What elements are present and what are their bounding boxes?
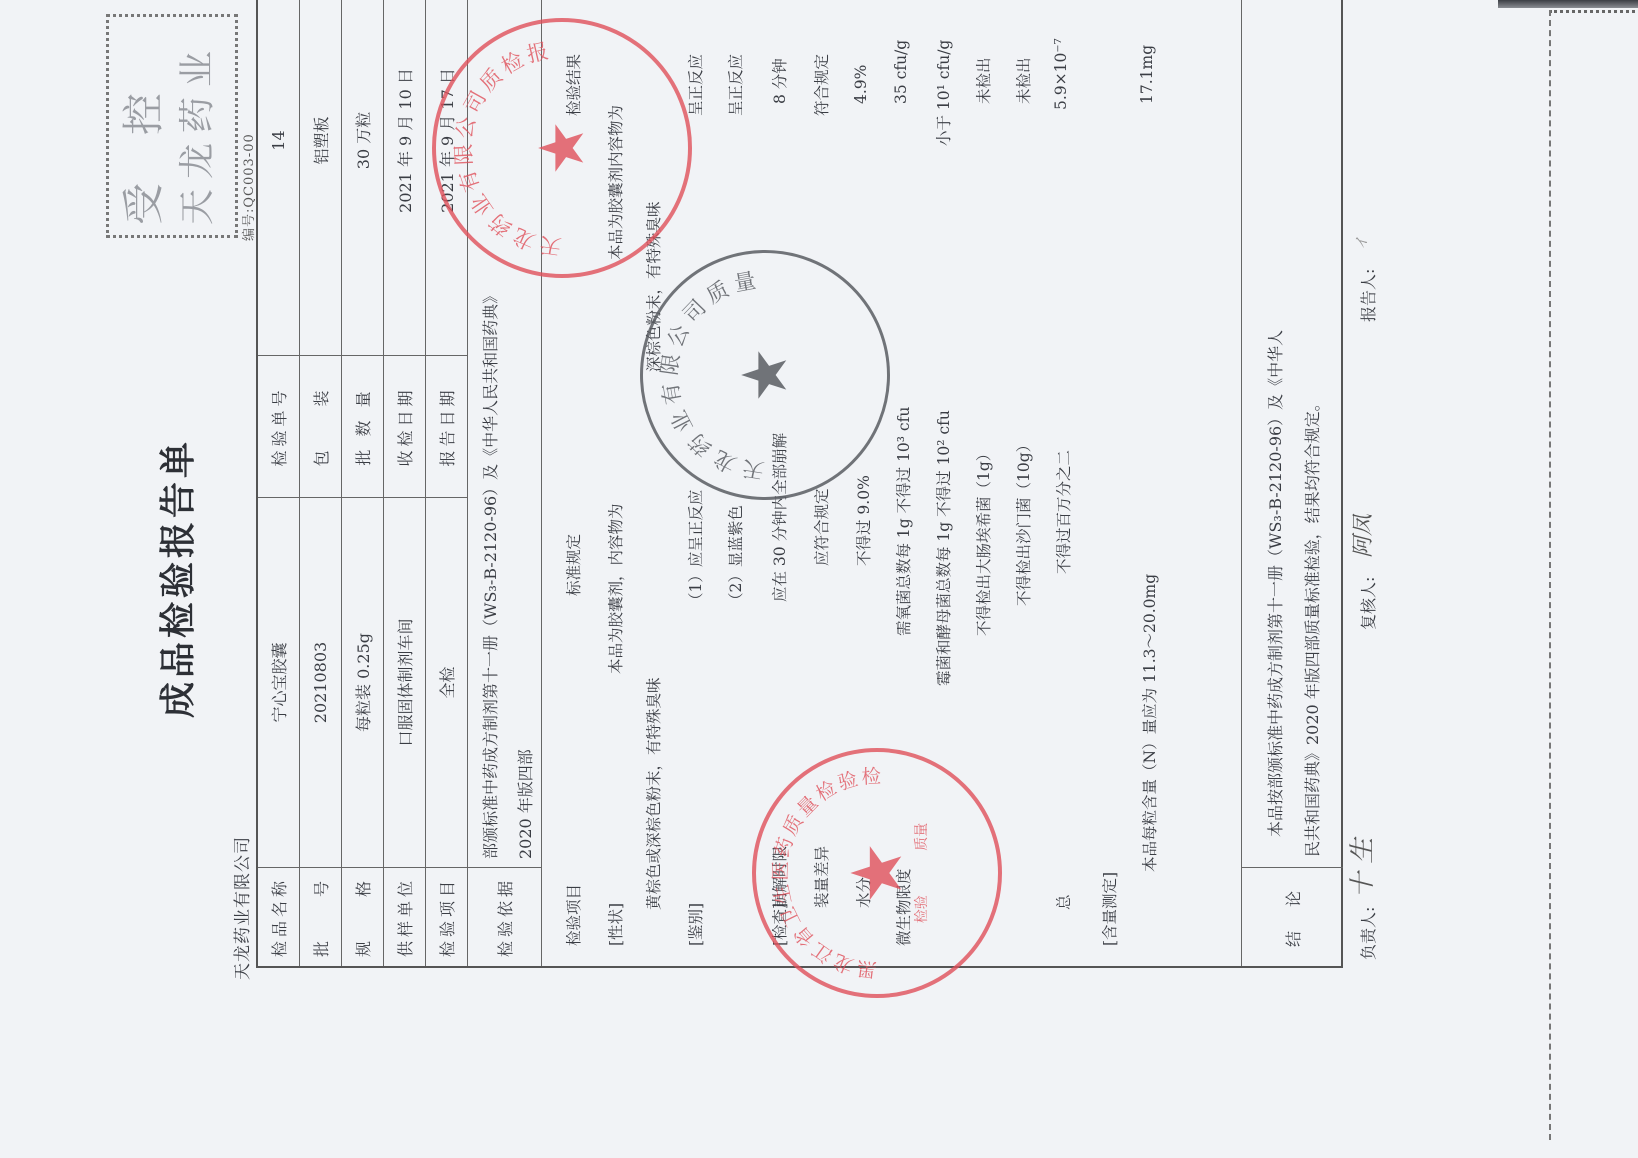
field-value: 宁心宝胶囊 <box>258 498 299 868</box>
stamp-char: 控 <box>111 93 171 135</box>
field-label: 包 装 <box>300 356 341 498</box>
controlled-copy-stamp: 受 控 天龙药业 编号:QC003-00 <box>106 14 238 238</box>
microbial-standard-2: 霉菌和酵母菌总数每 1g 不得过 10² cfu <box>932 410 954 686</box>
microbial-result-3: 未检出 <box>972 57 994 104</box>
report-title: 成品检验报告单 <box>150 438 201 718</box>
reviewer-signature: 阿凤 <box>1346 514 1377 558</box>
red-qc-seal: ★ 天龙药业有限公司质检报告专用章 <box>432 18 692 278</box>
col-header-item: 检验项目 <box>562 884 584 946</box>
stamp-company: 天龙药业 <box>169 41 220 225</box>
col-header-standard: 标准规定 <box>562 534 584 596</box>
seal-ring: 天龙药业有限公司质检报告专用章 <box>436 22 688 274</box>
responsible-signature: 十 生 <box>1342 838 1379 898</box>
inspection-standard-2: 应符合规定 <box>810 488 832 566</box>
header-row: 规 格 每粒装 0.25g 批 数 量 30 万粒 <box>342 0 384 966</box>
microbial-standard-3: 不得检出大肠埃希菌（1g） <box>972 446 994 636</box>
conclusion-text: 本品按部颁标准中药成方制剂第十一册（WS₃-B-2120-96）及《中华人 民共… <box>1242 0 1343 868</box>
stamp-char: 受 <box>111 183 171 225</box>
seal-inner-2: 质量 <box>914 823 930 851</box>
field-value: 20210803 <box>300 498 341 868</box>
field-label: 检验单号 <box>258 356 299 498</box>
header-row: 检品名称 宁心宝胶囊 检验单号 14 <box>258 0 300 966</box>
field-label: 供样单位 <box>384 868 425 966</box>
field-value: 14 <box>258 0 299 356</box>
header-row: 批 号 20210803 包 装 铝塑板 <box>300 0 342 966</box>
inspection-result-3: 4.9% <box>852 65 870 104</box>
seal-inner-text: 检验 质量 <box>911 823 931 923</box>
microbial-result-2: 小于 10¹ cfu/g <box>932 40 954 146</box>
field-value: 铝塑板 <box>300 0 341 356</box>
field-label: 规 格 <box>342 868 383 966</box>
microbial-standard-1: 需氧菌总数每 1g 不得过 10³ cfu <box>892 407 914 636</box>
seal-text: 天龙药业有限公司质量保证部 <box>643 267 766 497</box>
field-value: 口服固体制剂车间 <box>384 498 425 868</box>
assay-result: 17.1mg <box>1138 45 1156 104</box>
appearance-standard-1: 本品为胶囊剂，内容物为 <box>604 503 626 674</box>
inspection-result-1: 8 分钟 <box>768 58 790 104</box>
field-label: 批 数 量 <box>342 356 383 498</box>
basis-label: 检验依据 <box>468 868 541 966</box>
field-value: 每粒装 0.25g <box>342 498 383 868</box>
conclusion-label: 结 论 <box>1242 868 1343 966</box>
field-label: 报告日期 <box>426 356 467 498</box>
assay-heading: [含量测定] <box>1098 872 1120 946</box>
reporter-signature: ィ <box>1346 234 1372 252</box>
field-label: 检品名称 <box>258 868 299 966</box>
basis-line-2: 2020 年版四部 <box>513 749 536 859</box>
microbial-result-4: 未检出 <box>1012 57 1034 104</box>
field-label: 批 号 <box>300 868 341 966</box>
seal-ring: 天龙药业有限公司质量保证部 <box>643 253 887 497</box>
field-value: 2021 年 9 月 10 日 <box>384 0 425 356</box>
appearance-heading: [性状] <box>604 903 626 946</box>
seal-ring: 黑龙江省卫生医药质量检验检测所 <box>756 752 998 994</box>
stamp-number: 编号:QC003-00 <box>238 133 257 241</box>
svg-text:天龙药业有限公司质检报告专用章: 天龙药业有限公司质检报告专用章 <box>436 38 563 274</box>
red-inspection-seal: ★ 黑龙江省卫生医药质量检验检测所 检验 质量 <box>752 748 1002 998</box>
seal-text: 黑龙江省卫生医药质量检验检测所 <box>756 765 884 994</box>
reviewer-label: 复核人: <box>1356 577 1379 630</box>
total-result: 5.9×10⁻⁷ <box>1052 38 1070 110</box>
conclusion-line-2: 民共和国药典》2020 年版四部质量标准检验，结果均符合规定。 <box>1300 395 1323 857</box>
field-value: 全检 <box>426 498 467 868</box>
svg-text:黑龙江省卫生医药质量检验检测所: 黑龙江省卫生医药质量检验检测所 <box>756 765 884 994</box>
basis-line-1: 部颁标准中药成方制剂第十一册（WS₃-B-2120-96）及《中华人民共和国药典… <box>478 288 501 859</box>
svg-text:天龙药业有限公司质量保证部: 天龙药业有限公司质量保证部 <box>643 267 766 497</box>
conclusion-line-1: 本品按部颁标准中药成方制剂第十一册（WS₃-B-2120-96）及《中华人 <box>1263 330 1286 857</box>
identification-heading: [鉴别] <box>684 903 706 946</box>
appearance-standard-2: 黄棕色或深棕色粉末，有特殊臭味 <box>642 677 664 910</box>
gray-company-seal: ★ 天龙药业有限公司质量保证部 <box>640 250 890 500</box>
total-standard: 不得过百万分之二 <box>1052 450 1074 574</box>
inspection-result-2: 符合规定 <box>810 54 832 116</box>
responsible-label: 负责人: <box>1356 907 1379 960</box>
field-value: 30 万粒 <box>342 0 383 356</box>
identification-result-2: 呈正反应 <box>724 54 746 116</box>
conclusion-row: 结 论 本品按部颁标准中药成方制剂第十一册（WS₃-B-2120-96）及《中华… <box>1242 0 1343 966</box>
microbial-result-1: 35 cfu/g <box>892 40 910 104</box>
field-label: 收检日期 <box>384 356 425 498</box>
report-page: 天龙药业有限公司 成品检验报告单 受 控 天龙药业 编号:QC003-00 检品… <box>0 0 1638 1158</box>
assay-standard: 本品每粒含量（N）量应为 11.3～20.0mg <box>1138 574 1160 872</box>
identification-standard-2: （2）显蓝紫色 <box>724 505 746 608</box>
total-item: 总 <box>1052 894 1074 910</box>
microbial-standard-4: 不得检出沙门菌（10g） <box>1012 437 1034 606</box>
header-row: 供样单位 口服固体制剂车间 收检日期 2021 年 9 月 10 日 <box>384 0 426 966</box>
company-name: 天龙药业有限公司 <box>228 836 253 980</box>
reporter-label: 报告人: <box>1356 269 1379 322</box>
field-label: 检验项目 <box>426 868 467 966</box>
identification-standard-1: （1）应呈正反应 <box>684 490 706 608</box>
seal-inner-1: 检验 <box>914 895 930 923</box>
seal-text: 天龙药业有限公司质检报告专用章 <box>436 38 563 274</box>
